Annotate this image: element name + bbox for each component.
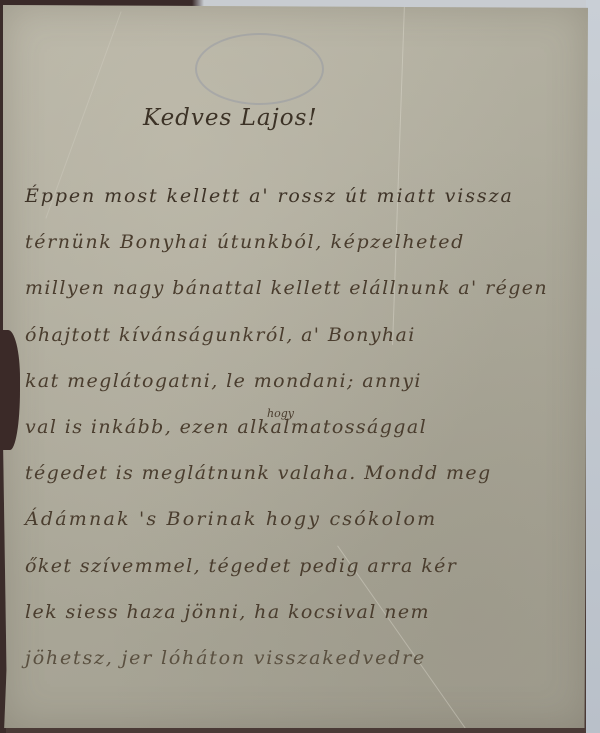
faded-stamp xyxy=(195,33,324,105)
letter-line: val is inkább, ezen alkalmatossággal xyxy=(25,404,585,450)
letter-line: őket szívemmel, tégedet pedig arra kér xyxy=(25,543,585,589)
letter-body: Éppen most kellett a' rossz út miatt vis… xyxy=(25,173,585,681)
torn-edge xyxy=(0,330,20,450)
background-right-edge xyxy=(586,0,600,733)
letter-line: térnünk Bonyhai útunkból, képzelheted xyxy=(25,219,585,265)
letter-line: Éppen most kellett a' rossz út miatt vis… xyxy=(25,173,585,219)
letter-line: lek siess haza jönni, ha kocsival nem xyxy=(25,589,585,635)
letter-line: kat meglátogatni, le mondani; annyi xyxy=(25,358,585,404)
salutation: Kedves Lajos! xyxy=(143,105,318,131)
letter-line: tégedet is meglátnunk valaha. Mondd meg xyxy=(25,450,585,496)
letter-paper: Kedves Lajos! hogy Éppen most kellett a'… xyxy=(3,5,588,728)
letter-line: Ádámnak 's Borinak hogy csókolom xyxy=(25,496,585,542)
letter-line: jöhetsz, jer lóháton visszakedvedre xyxy=(25,635,585,681)
document-photo: Kedves Lajos! hogy Éppen most kellett a'… xyxy=(0,0,600,733)
letter-line: óhajtott kívánságunkról, a' Bonyhai xyxy=(25,312,585,358)
letter-line: millyen nagy bánattal kellett elállnunk … xyxy=(25,265,585,311)
